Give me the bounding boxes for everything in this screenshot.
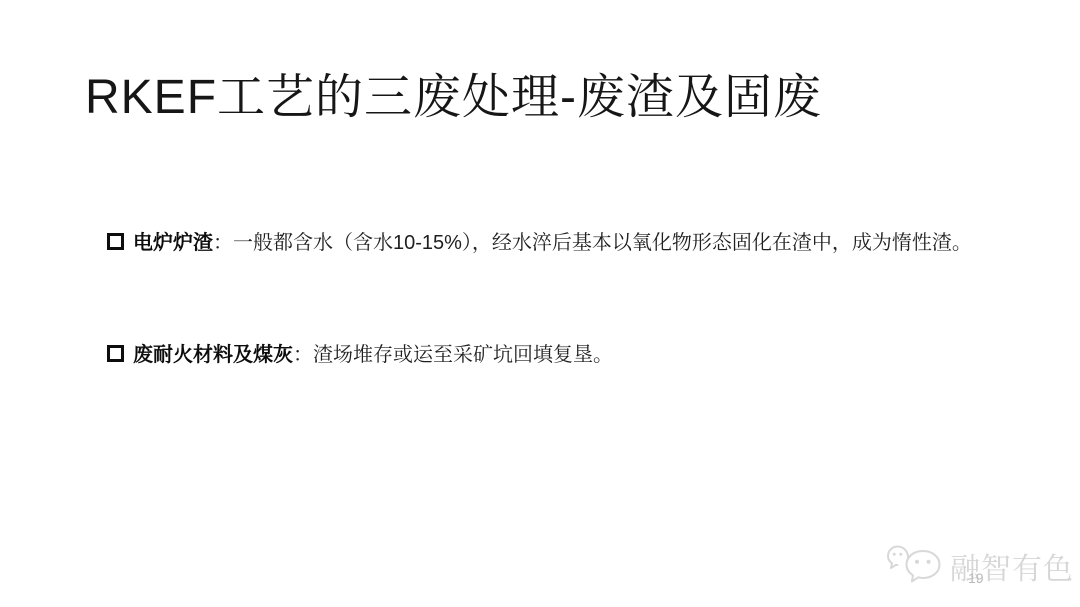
bullet-separator: ：: [293, 344, 313, 366]
page-number: 19: [968, 570, 984, 586]
checkbox-bullet-icon: [107, 233, 124, 250]
slide-title: RKEF工艺的三废处理-废渣及固废: [85, 58, 822, 127]
chat-bubbles-icon: [886, 543, 944, 589]
bullet-item-slag: 电炉炉渣：一般都含水（含水10-15%），经水淬后基本以氧化物形态固化在渣中，成…: [107, 230, 972, 256]
bullet-text: 电炉炉渣：一般都含水（含水10-15%），经水淬后基本以氧化物形态固化在渣中，成…: [133, 230, 972, 256]
checkbox-bullet-icon: [107, 345, 124, 362]
bullet-body: 渣场堆存或运至采矿坑回填复垦。: [313, 344, 613, 366]
bullet-body: 一般都含水（含水10-15%），经水淬后基本以氧化物形态固化在渣中，成为惰性渣。: [233, 232, 972, 254]
bullet-item-refractory: 废耐火材料及煤灰：渣场堆存或运至采矿坑回填复垦。: [107, 342, 613, 368]
bullet-term: 废耐火材料及煤灰: [133, 344, 293, 366]
bullet-text: 废耐火材料及煤灰：渣场堆存或运至采矿坑回填复垦。: [133, 342, 613, 368]
presentation-slide: RKEF工艺的三废处理-废渣及固废 电炉炉渣：一般都含水（含水10-15%），经…: [0, 0, 1080, 607]
bullet-term: 电炉炉渣: [133, 232, 213, 254]
bullet-separator: ：: [213, 232, 233, 254]
